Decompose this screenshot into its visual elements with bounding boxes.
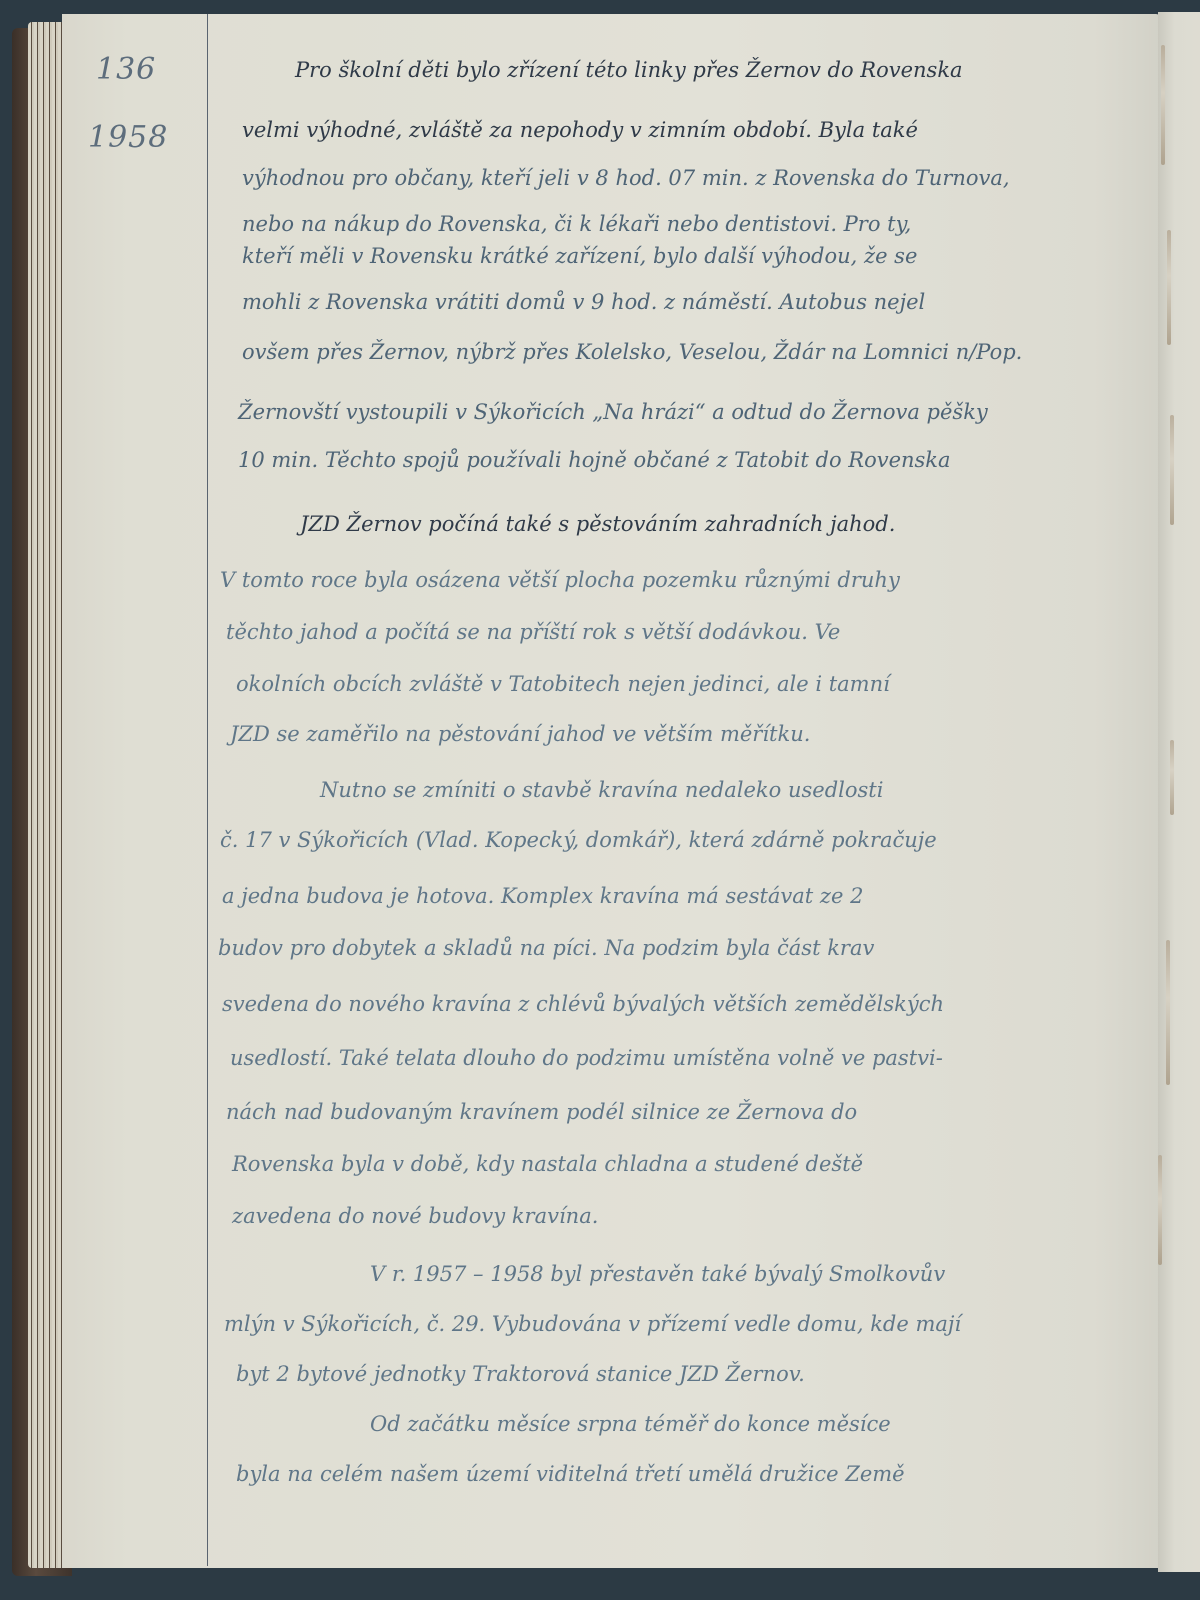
text-line: ovšem přes Žernov, nýbrž přes Kolelsko, … — [242, 340, 1022, 364]
text-line: 10 min. Těchto spojů používali hojně obč… — [238, 448, 951, 472]
text-line: svedena do nového kravína z chlévů býval… — [222, 992, 944, 1016]
text-line: Rovenska byla v době, kdy nastala chladn… — [232, 1152, 863, 1176]
text-line: okolních obcích zvláště v Tatobitech nej… — [236, 672, 890, 696]
text-line: mohli z Rovenska vrátiti domů v 9 hod. z… — [242, 290, 925, 314]
binding-stitch — [1170, 415, 1174, 525]
text-line: JZD se zaměřilo na pěstování jahod ve vě… — [230, 722, 810, 746]
text-line: kteří měli v Rovensku krátké zařízení, b… — [242, 244, 917, 268]
text-line: budov pro dobytek a skladů na píci. Na p… — [218, 936, 874, 960]
binding-stitch — [1170, 740, 1174, 815]
text-line: zavedena do nové budovy kravína. — [232, 1204, 598, 1228]
page-number: 136 — [96, 52, 156, 87]
text-line: JZD Žernov počíná také s pěstováním zahr… — [300, 512, 895, 536]
text-line: č. 17 v Sýkořicích (Vlad. Kopecký, domká… — [220, 828, 937, 852]
facing-page-edge — [1158, 12, 1200, 1572]
text-line: a jedna budova je hotova. Komplex kravín… — [222, 884, 863, 908]
text-line: mlýn v Sýkořicích, č. 29. Vybudována v p… — [224, 1312, 961, 1336]
text-line: Od začátku měsíce srpna téměř do konce m… — [370, 1412, 891, 1436]
margin-year: 1958 — [88, 120, 168, 155]
text-line: byt 2 bytové jednotky Traktorová stanice… — [236, 1362, 805, 1386]
margin-rule — [207, 14, 208, 1566]
binding-stitch — [1167, 230, 1171, 345]
text-line: nách nad budovaným kravínem podél silnic… — [226, 1100, 857, 1124]
binding-stitch — [1161, 45, 1165, 165]
text-line: V r. 1957 – 1958 byl přestavěn také býva… — [370, 1262, 945, 1286]
text-line: Nutno se zmíniti o stavbě kravína nedale… — [320, 778, 883, 802]
text-line: výhodnou pro občany, kteří jeli v 8 hod.… — [242, 166, 1010, 190]
text-line: byla na celém našem území viditelná třet… — [236, 1462, 905, 1486]
text-line: Pro školní děti bylo zřízení této linky … — [295, 58, 963, 82]
text-line: usedlostí. Také telata dlouho do podzimu… — [230, 1046, 943, 1070]
binding-stitch — [1158, 1155, 1162, 1265]
text-line: nebo na nákup do Rovenska, či k lékaři n… — [242, 212, 911, 236]
text-line: těchto jahod a počítá se na příští rok s… — [226, 620, 840, 644]
text-line: V tomto roce byla osázena větší plocha p… — [220, 568, 900, 592]
binding-stitch — [1166, 940, 1170, 1085]
text-line: Žernovští vystoupili v Sýkořicích „Na hr… — [238, 400, 988, 424]
text-line: velmi výhodné, zvláště za nepohody v zim… — [242, 118, 918, 142]
